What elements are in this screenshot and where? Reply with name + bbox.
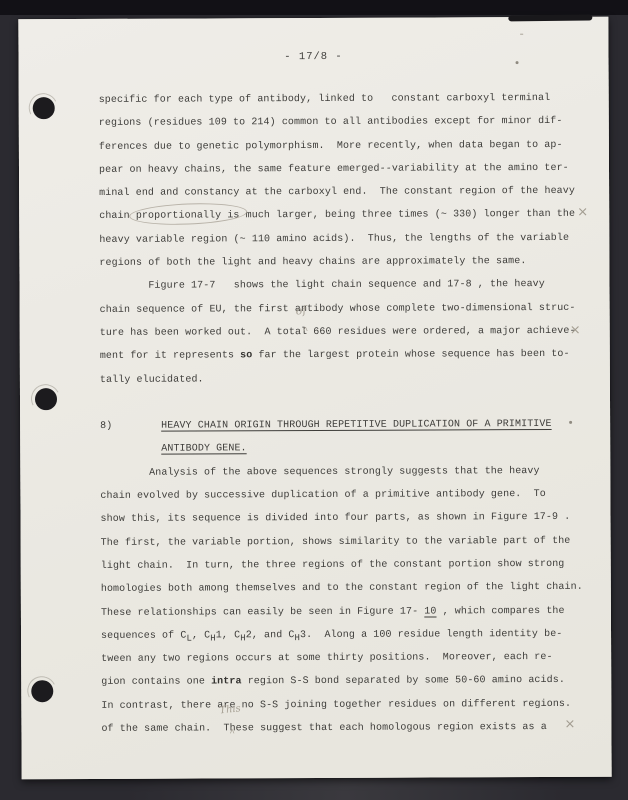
text-line: In contrast, there are no S-S joining to… bbox=[101, 692, 601, 717]
text-line: regions (residues 109 to 214) common to … bbox=[99, 110, 599, 135]
handwritten-insertion-of: of bbox=[295, 303, 307, 317]
punch-hole bbox=[31, 680, 53, 702]
punch-hole bbox=[35, 388, 57, 410]
text-line: show this, its sequence is divided into … bbox=[100, 506, 600, 531]
page-number: - 17/8 - bbox=[18, 50, 608, 65]
text-line: tween any two regions occurs at some thi… bbox=[101, 646, 601, 671]
section-heading-line: ANTIBODY GENE. bbox=[100, 436, 600, 461]
top-edge-smudge bbox=[508, 14, 592, 21]
text-line: minal end and constancy at the carboxyl … bbox=[99, 180, 599, 205]
text-line: chain sequence of EU, the first antibody… bbox=[100, 296, 600, 321]
text-line: heavy variable region (~ 110 amino acids… bbox=[99, 227, 599, 252]
text-line: The first, the variable portion, shows s… bbox=[101, 529, 601, 554]
text-line: gion contains one intra region S-S bond … bbox=[101, 669, 601, 694]
text-line: ferences due to genetic polymorphism. Mo… bbox=[99, 133, 599, 158]
pencil-cross-icon: × bbox=[570, 323, 581, 338]
text-line: homologies both among themselves and to … bbox=[101, 576, 601, 601]
pencil-cross-icon: × bbox=[564, 717, 575, 732]
text-line: specific for each type of antibody, link… bbox=[99, 87, 599, 112]
pencil-cross-icon: × bbox=[577, 205, 588, 220]
insertion-caret: ^ bbox=[229, 728, 234, 738]
text-line: regions of both the light and heavy chai… bbox=[99, 250, 599, 275]
text-line: of the same chain. These suggest that ea… bbox=[101, 716, 601, 741]
text-line: chain evolved by successive duplication … bbox=[100, 483, 600, 508]
scan-top-band bbox=[0, 0, 628, 15]
section-heading-line: 8) HEAVY CHAIN ORIGIN THROUGH REPETITIVE… bbox=[100, 413, 600, 438]
blank-line bbox=[100, 390, 600, 415]
pencil-dot-mark bbox=[516, 61, 519, 64]
paper-sheet: - 17/8 - specific for each type of antib… bbox=[18, 17, 611, 780]
handwritten-correction-this: This bbox=[219, 703, 242, 716]
text-line: sequences of CL, CH1, CH2, and CH3. Alon… bbox=[101, 623, 601, 648]
text-line: pear on heavy chains, the same feature e… bbox=[99, 157, 599, 182]
pencil-dot-mark bbox=[569, 421, 572, 424]
text-line: Figure 17-7 shows the light chain sequen… bbox=[99, 273, 599, 298]
text-line: light chain. In turn, the three regions … bbox=[101, 553, 601, 578]
text-line: ture has been worked out. A total 660 re… bbox=[100, 320, 600, 345]
scanned-document-page: - 17/8 - specific for each type of antib… bbox=[0, 0, 628, 800]
text-line: Analysis of the above sequences strongly… bbox=[100, 460, 600, 485]
text-line: ment for it represents so far the larges… bbox=[100, 343, 600, 368]
pencil-dash-mark: - bbox=[518, 29, 525, 41]
text-line: These relationships can easily be seen i… bbox=[101, 599, 601, 624]
insertion-caret: ^ bbox=[303, 326, 308, 336]
document-body: specific for each type of antibody, link… bbox=[99, 87, 602, 741]
punch-hole bbox=[33, 97, 55, 119]
text-line: tally elucidated. bbox=[100, 366, 600, 391]
